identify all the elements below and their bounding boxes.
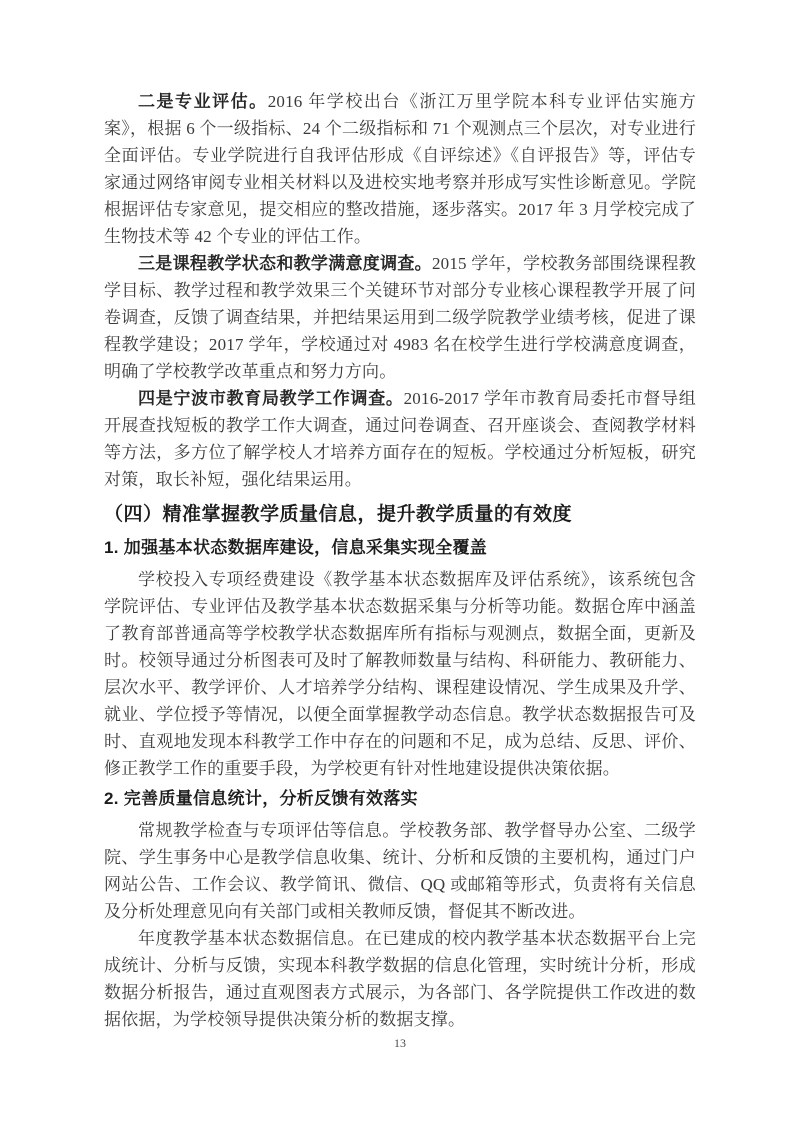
- paragraph-professional-evaluation: 二是专业评估。2016 年学校出台《浙江万里学院本科专业评估实施方案》，根据 6…: [104, 88, 696, 250]
- paragraph-bold-lead: 四是宁波市教育局教学工作调查。: [138, 389, 404, 408]
- subsection-heading-1: 1. 加强基本状态数据库建设，信息采集实现全覆盖: [104, 535, 696, 561]
- page-number: 13: [0, 1036, 800, 1051]
- document-content: 二是专业评估。2016 年学校出台《浙江万里学院本科专业评估实施方案》，根据 6…: [104, 88, 696, 1033]
- paragraph-bold-lead: 三是课程教学状态和教学满意度调查。: [138, 254, 432, 273]
- paragraph-text: 常规教学检查与专项评估等信息。学校教务部、教学督导办公室、二级学院、学生事务中心…: [104, 821, 696, 921]
- section-heading-four: （四）精准掌握教学质量信息，提升教学质量的有效度: [104, 501, 696, 529]
- paragraph-routine-inspection-info: 常规教学检查与专项评估等信息。学校教务部、教学督导办公室、二级学院、学生事务中心…: [104, 817, 696, 925]
- paragraph-text: 年度教学基本状态数据信息。在已建成的校内教学基本状态数据平台上完成统计、分析与反…: [104, 929, 696, 1029]
- paragraph-bold-lead: 二是专业评估。: [138, 92, 268, 111]
- paragraph-annual-status-data-info: 年度教学基本状态数据信息。在已建成的校内教学基本状态数据平台上完成统计、分析与反…: [104, 925, 696, 1033]
- paragraph-course-satisfaction-survey: 三是课程教学状态和教学满意度调查。2015 学年，学校教务部围绕课程教学目标、教…: [104, 250, 696, 385]
- paragraph-text: 2016 年学校出台《浙江万里学院本科专业评估实施方案》，根据 6 个一级指标、…: [104, 92, 696, 246]
- document-page: 二是专业评估。2016 年学校出台《浙江万里学院本科专业评估实施方案》，根据 6…: [0, 0, 800, 1132]
- paragraph-text: 2015 学年，学校教务部围绕课程教学目标、教学过程和教学效果三个关键环节对部分…: [104, 254, 696, 381]
- paragraph-text: 学校投入专项经费建设《教学基本状态数据库及评估系统》，该系统包含学院评估、专业评…: [104, 570, 696, 778]
- subsection-heading-2: 2. 完善质量信息统计，分析反馈有效落实: [104, 786, 696, 812]
- paragraph-database-construction: 学校投入专项经费建设《教学基本状态数据库及评估系统》，该系统包含学院评估、专业评…: [104, 566, 696, 782]
- paragraph-education-bureau-survey: 四是宁波市教育局教学工作调查。2016-2017 学年市教育局委托市督导组开展查…: [104, 385, 696, 493]
